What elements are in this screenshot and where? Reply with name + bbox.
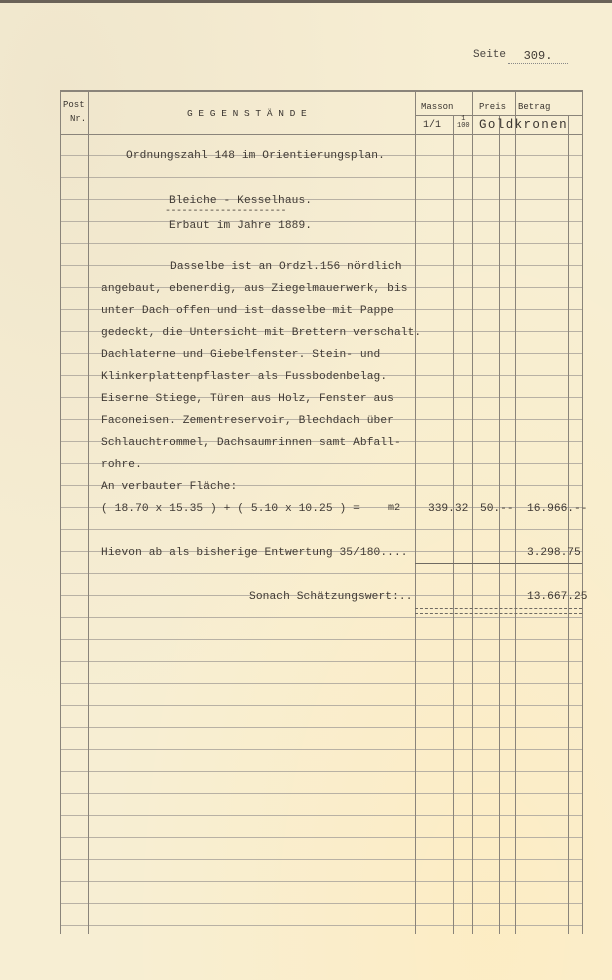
ruled-rows — [60, 134, 583, 934]
col-line-betrag-sub — [568, 115, 569, 934]
col-line-preis-sub — [499, 115, 500, 934]
description-line: Dasselbe ist an Ordzl.156 nördlich — [170, 261, 402, 273]
description-line: unter Dach offen und ist dasselbe mit Pa… — [101, 305, 394, 317]
header-masson-1-100: 1 100 — [457, 116, 470, 130]
header-post: Post — [63, 100, 85, 110]
col-line-masson-sub — [453, 115, 454, 934]
fraction-denominator: 100 — [457, 123, 470, 130]
description-line: rohre. — [101, 459, 142, 471]
estimate-amount: 13.667.25 — [527, 591, 587, 603]
depreciation-label: Hievon ab als bisherige Entwertung 35/18… — [101, 547, 408, 559]
description-line: Schlauchtrommel, Dachsaumrinnen samt Abf… — [101, 437, 401, 449]
header-betrag: Betrag — [518, 102, 550, 112]
header-bottom-rule — [60, 134, 583, 135]
total-double-rule — [415, 608, 582, 614]
col-line-masson — [415, 92, 416, 934]
depreciation-amount: 3.298.75 — [527, 547, 581, 559]
description-line: Klinkerplattenpflaster als Fussbodenbela… — [101, 371, 387, 383]
description-line: Faconeisen. Zementreservoir, Blechdach ü… — [101, 415, 394, 427]
area-value: 339.32 — [428, 503, 468, 515]
unit-price: 50.-- — [480, 503, 514, 515]
area-formula: ( 18.70 x 15.35 ) + ( 5.10 x 10.25 ) = — [101, 503, 360, 515]
description-line: Dachlaterne und Giebelfenster. Stein- un… — [101, 349, 380, 361]
header-goldkronen: Goldkronen — [479, 118, 568, 132]
amount-value: 16.966.-- — [527, 503, 587, 515]
page-number-field: Seite 309. — [473, 49, 508, 61]
header-gegenstaende: G E G E N S T Ä N D E — [187, 108, 307, 119]
title-underline: ---------------------- — [165, 206, 286, 217]
header-masson-1-1: 1/1 — [423, 120, 441, 131]
document-page: Seite 309. Post Nr. G E G E N S T Ä N D … — [0, 0, 612, 980]
page-number: 309. — [508, 49, 568, 64]
header-nr: Nr. — [70, 114, 86, 124]
col-line-post-nr — [88, 92, 89, 934]
col-line-left — [60, 92, 61, 934]
subtraction-rule — [415, 563, 582, 564]
valuation-table: Post Nr. G E G E N S T Ä N D E Masson Pr… — [60, 90, 583, 934]
description-line: angebaut, ebenerdig, aus Ziegelmauerwerk… — [101, 283, 408, 295]
page-label: Seite — [473, 49, 506, 61]
scan-edge — [0, 0, 612, 3]
built-year: Erbaut im Jahre 1889. — [169, 220, 312, 232]
area-label: An verbauter Fläche: — [101, 481, 237, 493]
col-line-betrag — [515, 92, 516, 934]
ordnungszahl-line: Ordnungszahl 148 im Orientierungsplan. — [126, 150, 385, 162]
header-masson: Masson — [421, 102, 453, 112]
description-line: gedeckt, die Untersicht mit Brettern ver… — [101, 327, 421, 339]
col-line-preis — [472, 92, 473, 934]
area-unit: m2 — [388, 503, 400, 514]
header-preis: Preis — [479, 102, 506, 112]
estimate-label: Sonach Schätzungswert:.. — [249, 591, 413, 603]
description-line: Eiserne Stiege, Türen aus Holz, Fenster … — [101, 393, 394, 405]
